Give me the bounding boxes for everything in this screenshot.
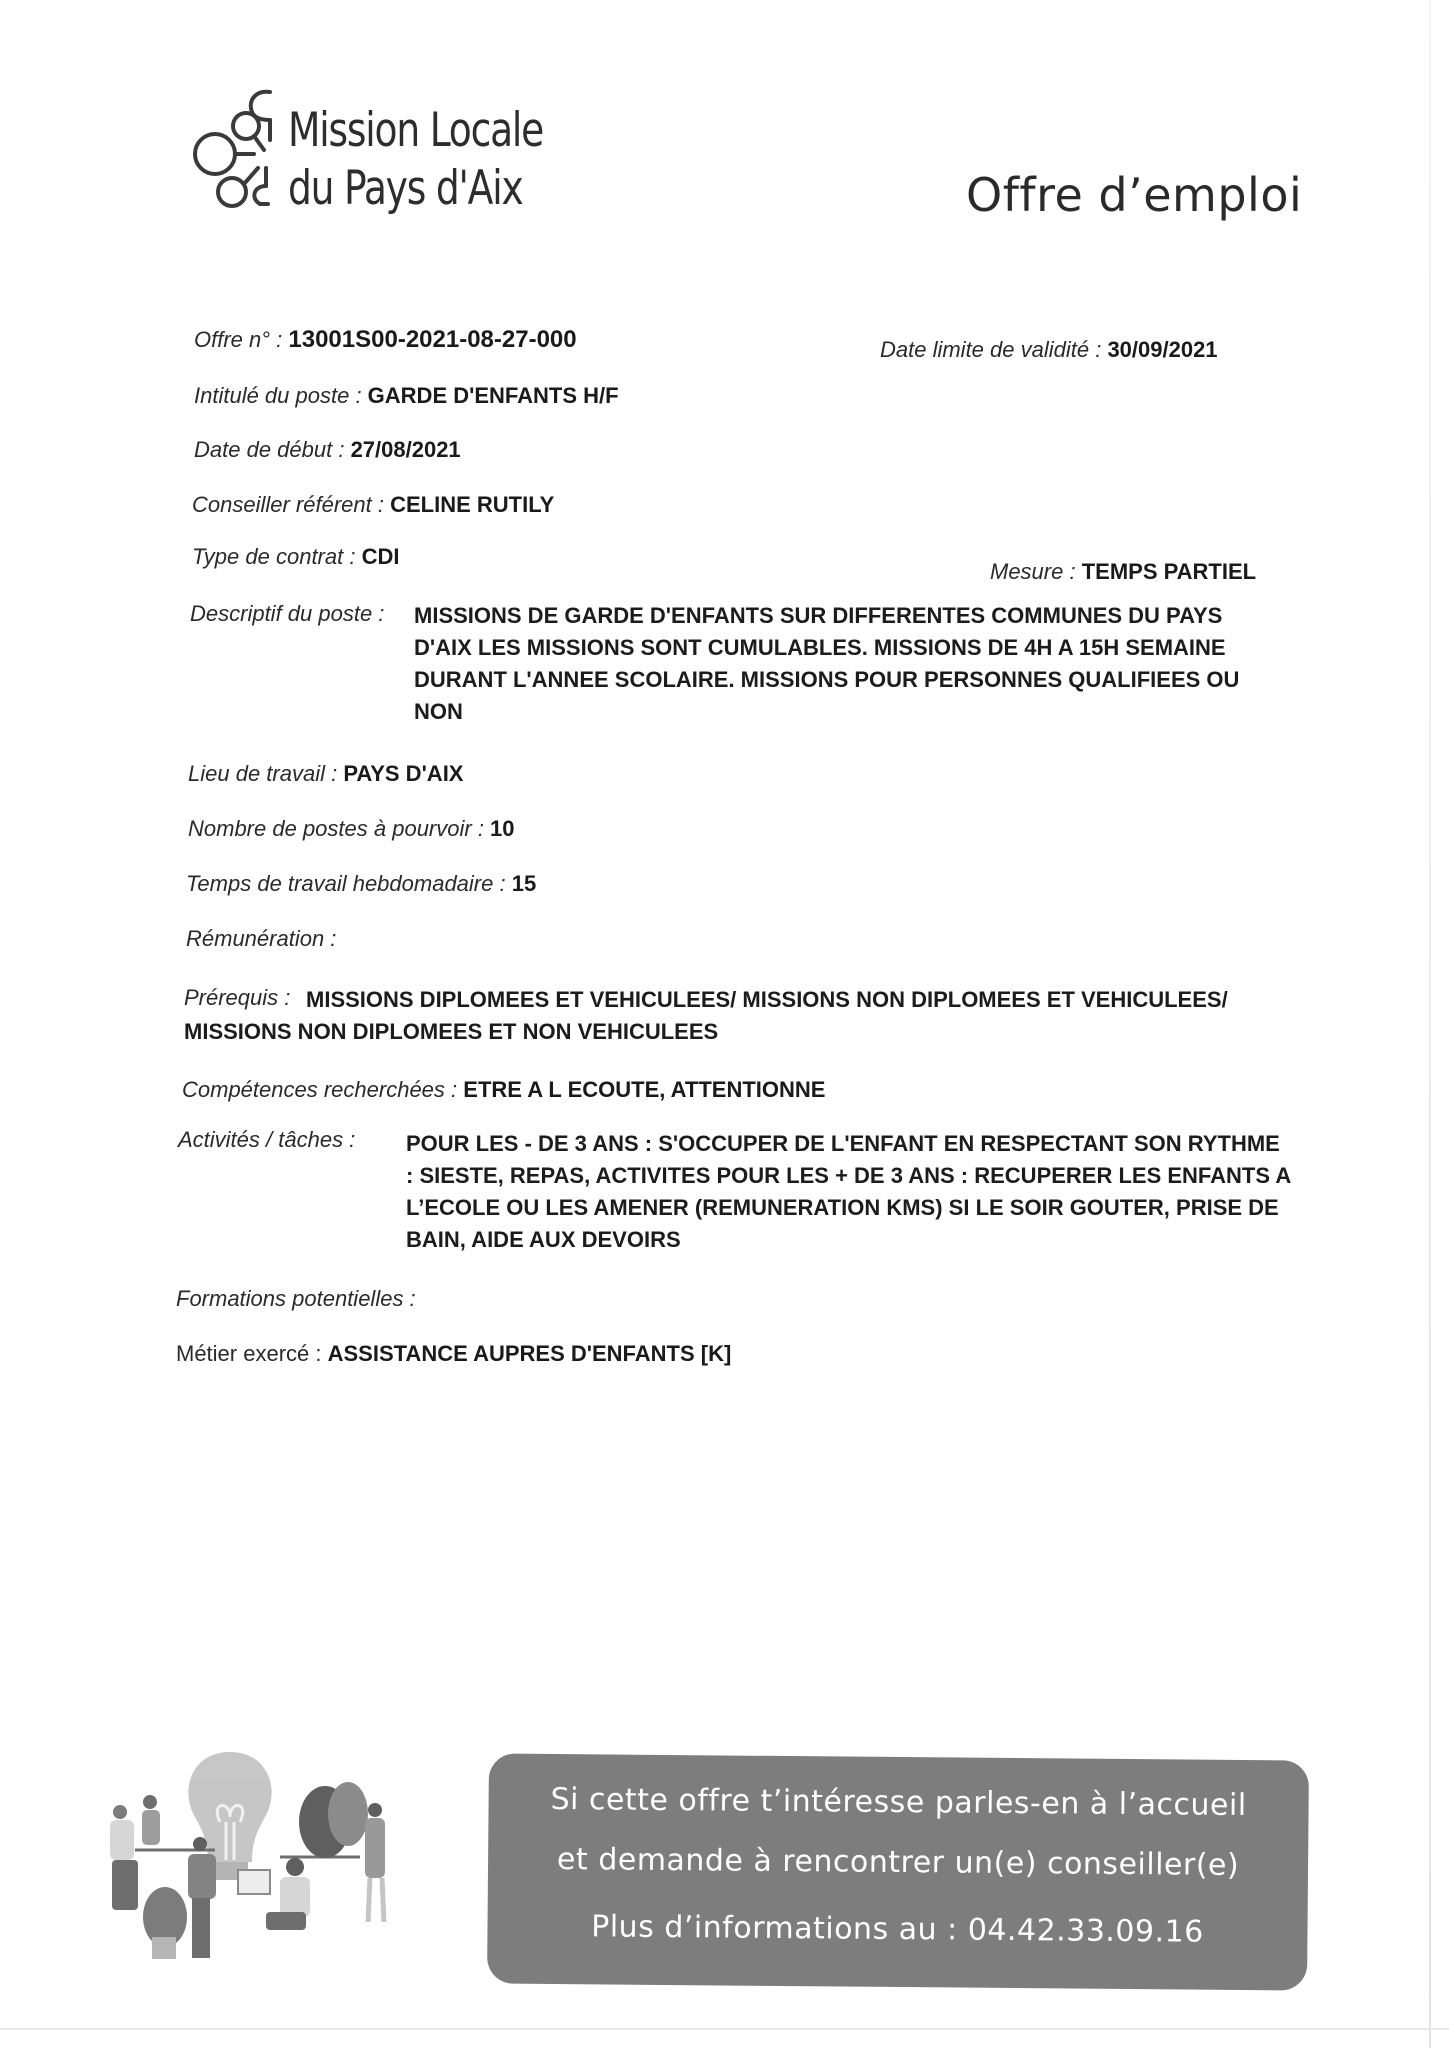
measure-value: TEMPS PARTIEL bbox=[1082, 559, 1256, 584]
validity-date-label: Date limite de validité : bbox=[880, 337, 1107, 362]
positions-field: Nombre de postes à pourvoir : 10 bbox=[188, 813, 515, 844]
description-field: Descriptif du poste : MISSIONS DE GARDE … bbox=[190, 598, 1310, 728]
description-line-2: D'AIX LES MISSIONS SONT CUMULABLES. MISS… bbox=[414, 632, 1226, 663]
occupation-field: Métier exercé : ASSISTANCE AUPRES D'ENFA… bbox=[176, 1338, 731, 1369]
activities-label: Activités / tâches : bbox=[178, 1124, 355, 1155]
prerequisites-field: Prérequis : MISSIONS DIPLOMEES ET VEHICU… bbox=[184, 982, 1314, 1052]
training-label: Formations potentielles : bbox=[176, 1286, 416, 1311]
measure-label: Mesure : bbox=[990, 559, 1082, 584]
description-line-4: NON bbox=[414, 696, 463, 727]
positions-value: 10 bbox=[490, 816, 514, 841]
contract-type-field: Type de contrat : CDI bbox=[192, 541, 399, 572]
positions-label: Nombre de postes à pourvoir : bbox=[188, 816, 490, 841]
page-edge bbox=[1429, 0, 1431, 2048]
description-line-1: MISSIONS DE GARDE D'ENFANTS SUR DIFFEREN… bbox=[414, 600, 1222, 631]
job-title-label: Intitulé du poste : bbox=[194, 383, 368, 408]
workplace-value: PAYS D'AIX bbox=[343, 761, 463, 786]
page-bottom-edge bbox=[0, 2028, 1449, 2030]
description-line-3: DURANT L'ANNEE SCOLAIRE. MISSIONS POUR P… bbox=[414, 664, 1239, 695]
activities-line-3: L’ECOLE OU LES AMENER (REMUNERATION KMS)… bbox=[406, 1192, 1279, 1223]
banner-line-1: Si cette offre t’intéresse parles-en à l… bbox=[488, 1781, 1308, 1823]
offer-number-label: Offre n° : bbox=[194, 327, 288, 352]
advisor-field: Conseiller référent : CELINE RUTILY bbox=[192, 489, 554, 520]
start-date-label: Date de début : bbox=[194, 437, 351, 462]
start-date-value: 27/08/2021 bbox=[351, 437, 461, 462]
activities-line-1: POUR LES - DE 3 ANS : S'OCCUPER DE L'ENF… bbox=[406, 1128, 1280, 1159]
workplace-label: Lieu de travail : bbox=[188, 761, 343, 786]
magnifier-cluster-icon bbox=[188, 88, 298, 208]
contract-type-value: CDI bbox=[362, 544, 400, 569]
organization-logo: Mission Locale du Pays d'Aix bbox=[188, 88, 588, 238]
prerequisites-line-1: MISSIONS DIPLOMEES ET VEHICULEES/ MISSIO… bbox=[306, 984, 1228, 1015]
contract-type-label: Type de contrat : bbox=[192, 544, 362, 569]
weekly-hours-field: Temps de travail hebdomadaire : 15 bbox=[186, 868, 536, 899]
training-field: Formations potentielles : bbox=[176, 1283, 416, 1314]
job-title-field: Intitulé du poste : GARDE D'ENFANTS H/F bbox=[194, 380, 619, 411]
salary-label: Rémunération : bbox=[186, 926, 336, 951]
description-label: Descriptif du poste : bbox=[190, 598, 384, 629]
prerequisites-label: Prérequis : bbox=[184, 982, 290, 1013]
activities-line-2: : SIESTE, REPAS, ACTIVITES POUR LES + DE… bbox=[406, 1160, 1291, 1191]
banner-line-2: et demande à rencontrer un(e) conseiller… bbox=[488, 1841, 1308, 1883]
workplace-field: Lieu de travail : PAYS D'AIX bbox=[188, 758, 463, 789]
offer-number-field: Offre n° : 13001S00-2021-08-27-000 bbox=[194, 324, 577, 355]
start-date-field: Date de début : 27/08/2021 bbox=[194, 434, 461, 465]
occupation-label: Métier exercé : bbox=[176, 1341, 328, 1366]
advisor-value: CELINE RUTILY bbox=[390, 492, 554, 517]
validity-date-field: Date limite de validité : 30/09/2021 bbox=[880, 334, 1218, 365]
skills-value: ETRE A L ECOUTE, ATTENTIONNE bbox=[463, 1077, 825, 1102]
salary-field: Rémunération : bbox=[186, 923, 336, 954]
banner-phone-line: Plus d’informations au : 04.42.33.09.16 bbox=[487, 1908, 1307, 1950]
skills-label: Compétences recherchées : bbox=[182, 1077, 463, 1102]
offer-number-value: 13001S00-2021-08-27-000 bbox=[288, 326, 576, 353]
occupation-value: ASSISTANCE AUPRES D'ENFANTS [K] bbox=[328, 1341, 732, 1366]
organization-name-line1: Mission Locale bbox=[288, 102, 543, 160]
job-title-value: GARDE D'ENFANTS H/F bbox=[368, 383, 619, 408]
weekly-hours-value: 15 bbox=[512, 871, 536, 896]
validity-date-value: 30/09/2021 bbox=[1107, 337, 1217, 362]
activities-line-4: BAIN, AIDE AUX DEVOIRS bbox=[406, 1224, 681, 1255]
activities-field: Activités / tâches : POUR LES - DE 3 ANS… bbox=[178, 1124, 1318, 1264]
prerequisites-line-2: MISSIONS NON DIPLOMEES ET NON VEHICULEES bbox=[184, 1016, 718, 1047]
team-lightbulb-illustration bbox=[80, 1722, 410, 1967]
skills-field: Compétences recherchées : ETRE A L ECOUT… bbox=[182, 1074, 825, 1105]
advisor-label: Conseiller référent : bbox=[192, 492, 390, 517]
weekly-hours-label: Temps de travail hebdomadaire : bbox=[186, 871, 512, 896]
document-title: Offre d’emploi bbox=[966, 168, 1302, 222]
contact-banner: Si cette offre t’intéresse parles-en à l… bbox=[487, 1753, 1309, 1990]
organization-name-line2: du Pays d'Aix bbox=[288, 160, 543, 218]
measure-field: Mesure : TEMPS PARTIEL bbox=[990, 556, 1256, 587]
